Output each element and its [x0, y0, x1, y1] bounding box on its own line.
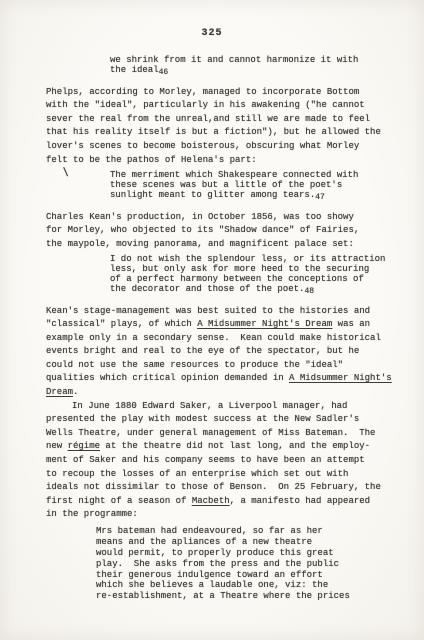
- text-line: Mrs bateman had endeavoured, so far as h…: [96, 526, 382, 537]
- text-line: ideals not dissimilar to those of Benson…: [46, 481, 382, 495]
- text-line: first night of a season of Macbeth, a ma…: [46, 495, 382, 509]
- text-line: sever the real from the unreal,and still…: [46, 113, 382, 127]
- text-line: "classical" plays, of which A Midsummer …: [46, 318, 382, 332]
- paragraph-2: Charles Kean's production, in October 18…: [46, 211, 382, 252]
- text-line: qualities which critical opinion demande…: [46, 372, 382, 386]
- paragraph-3: Kean's stage-management was best suited …: [46, 305, 382, 400]
- text-line: Dream.: [46, 386, 382, 400]
- scanned-page: 325 \ we shrink from it and cannot harmo…: [0, 0, 424, 640]
- text-line: in the programme:: [46, 508, 382, 522]
- quote-block-4: Mrs bateman had endeavoured, so far as h…: [96, 526, 382, 602]
- text-line: which she believes a laudable one, viz: …: [96, 580, 382, 591]
- text-line: the ideal46: [110, 66, 382, 76]
- text-line: that his reality itself is but a fiction…: [46, 126, 382, 140]
- text-line: Wells Theatre, under general management …: [46, 427, 382, 441]
- text-line: lover's scenes to become boisterous, obs…: [46, 140, 382, 154]
- text-line: presented the play with modest success a…: [46, 413, 382, 427]
- text-line: ment of Saker and his company seems to h…: [46, 454, 382, 468]
- text-line: could not use the same resources to prod…: [46, 359, 382, 373]
- text-line: play. She asks from the press and the pu…: [96, 559, 382, 570]
- text-line: re-establishment, at a Theatre where the…: [96, 591, 382, 602]
- text-line: their generous indulgence toward an effo…: [96, 570, 382, 581]
- text-line: to recoup the losses of an enterprise wh…: [46, 468, 382, 482]
- text-line: events bright and real to the eye of the…: [46, 345, 382, 359]
- text-line: new régime at the theatre did not last l…: [46, 440, 382, 454]
- text-line: Kean's stage-management was best suited …: [46, 305, 382, 319]
- text-line: the decorator and those of the poet.48: [110, 285, 382, 295]
- paragraph-1: Phelps, according to Morley, managed to …: [46, 86, 382, 168]
- quote-block-2: The merriment which Shakespeare connecte…: [110, 171, 382, 200]
- text-line: example only in a secondary sense. Kean …: [46, 332, 382, 346]
- text-line: sunlight meant to glitter among tears.47: [110, 191, 382, 201]
- text-line: means and the apliances of a new theatre: [96, 537, 382, 548]
- text-line: for Morley, who objected to its "Shadow …: [46, 224, 382, 238]
- text-line: would permit, to properly produce this g…: [96, 548, 382, 559]
- text-line: felt to be the pathos of Helena's part:: [46, 154, 382, 168]
- text-column: we shrink from it and cannot harmonize i…: [46, 56, 382, 602]
- quote-block-1: we shrink from it and cannot harmonize i…: [110, 56, 382, 76]
- page-number: 325: [0, 28, 424, 39]
- quote-block-3: I do not wish the splendour less, or its…: [110, 255, 382, 294]
- text-line: with the "ideal", particularly in his aw…: [46, 99, 382, 113]
- text-line: the maypole, moving panorama, and magnif…: [46, 238, 382, 252]
- paragraph-4: In June 1880 Edward Saker, a Liverpool m…: [46, 400, 382, 522]
- text-line: Charles Kean's production, in October 18…: [46, 211, 382, 225]
- text-line: In June 1880 Edward Saker, a Liverpool m…: [46, 400, 382, 414]
- text-line: Phelps, according to Morley, managed to …: [46, 86, 382, 100]
